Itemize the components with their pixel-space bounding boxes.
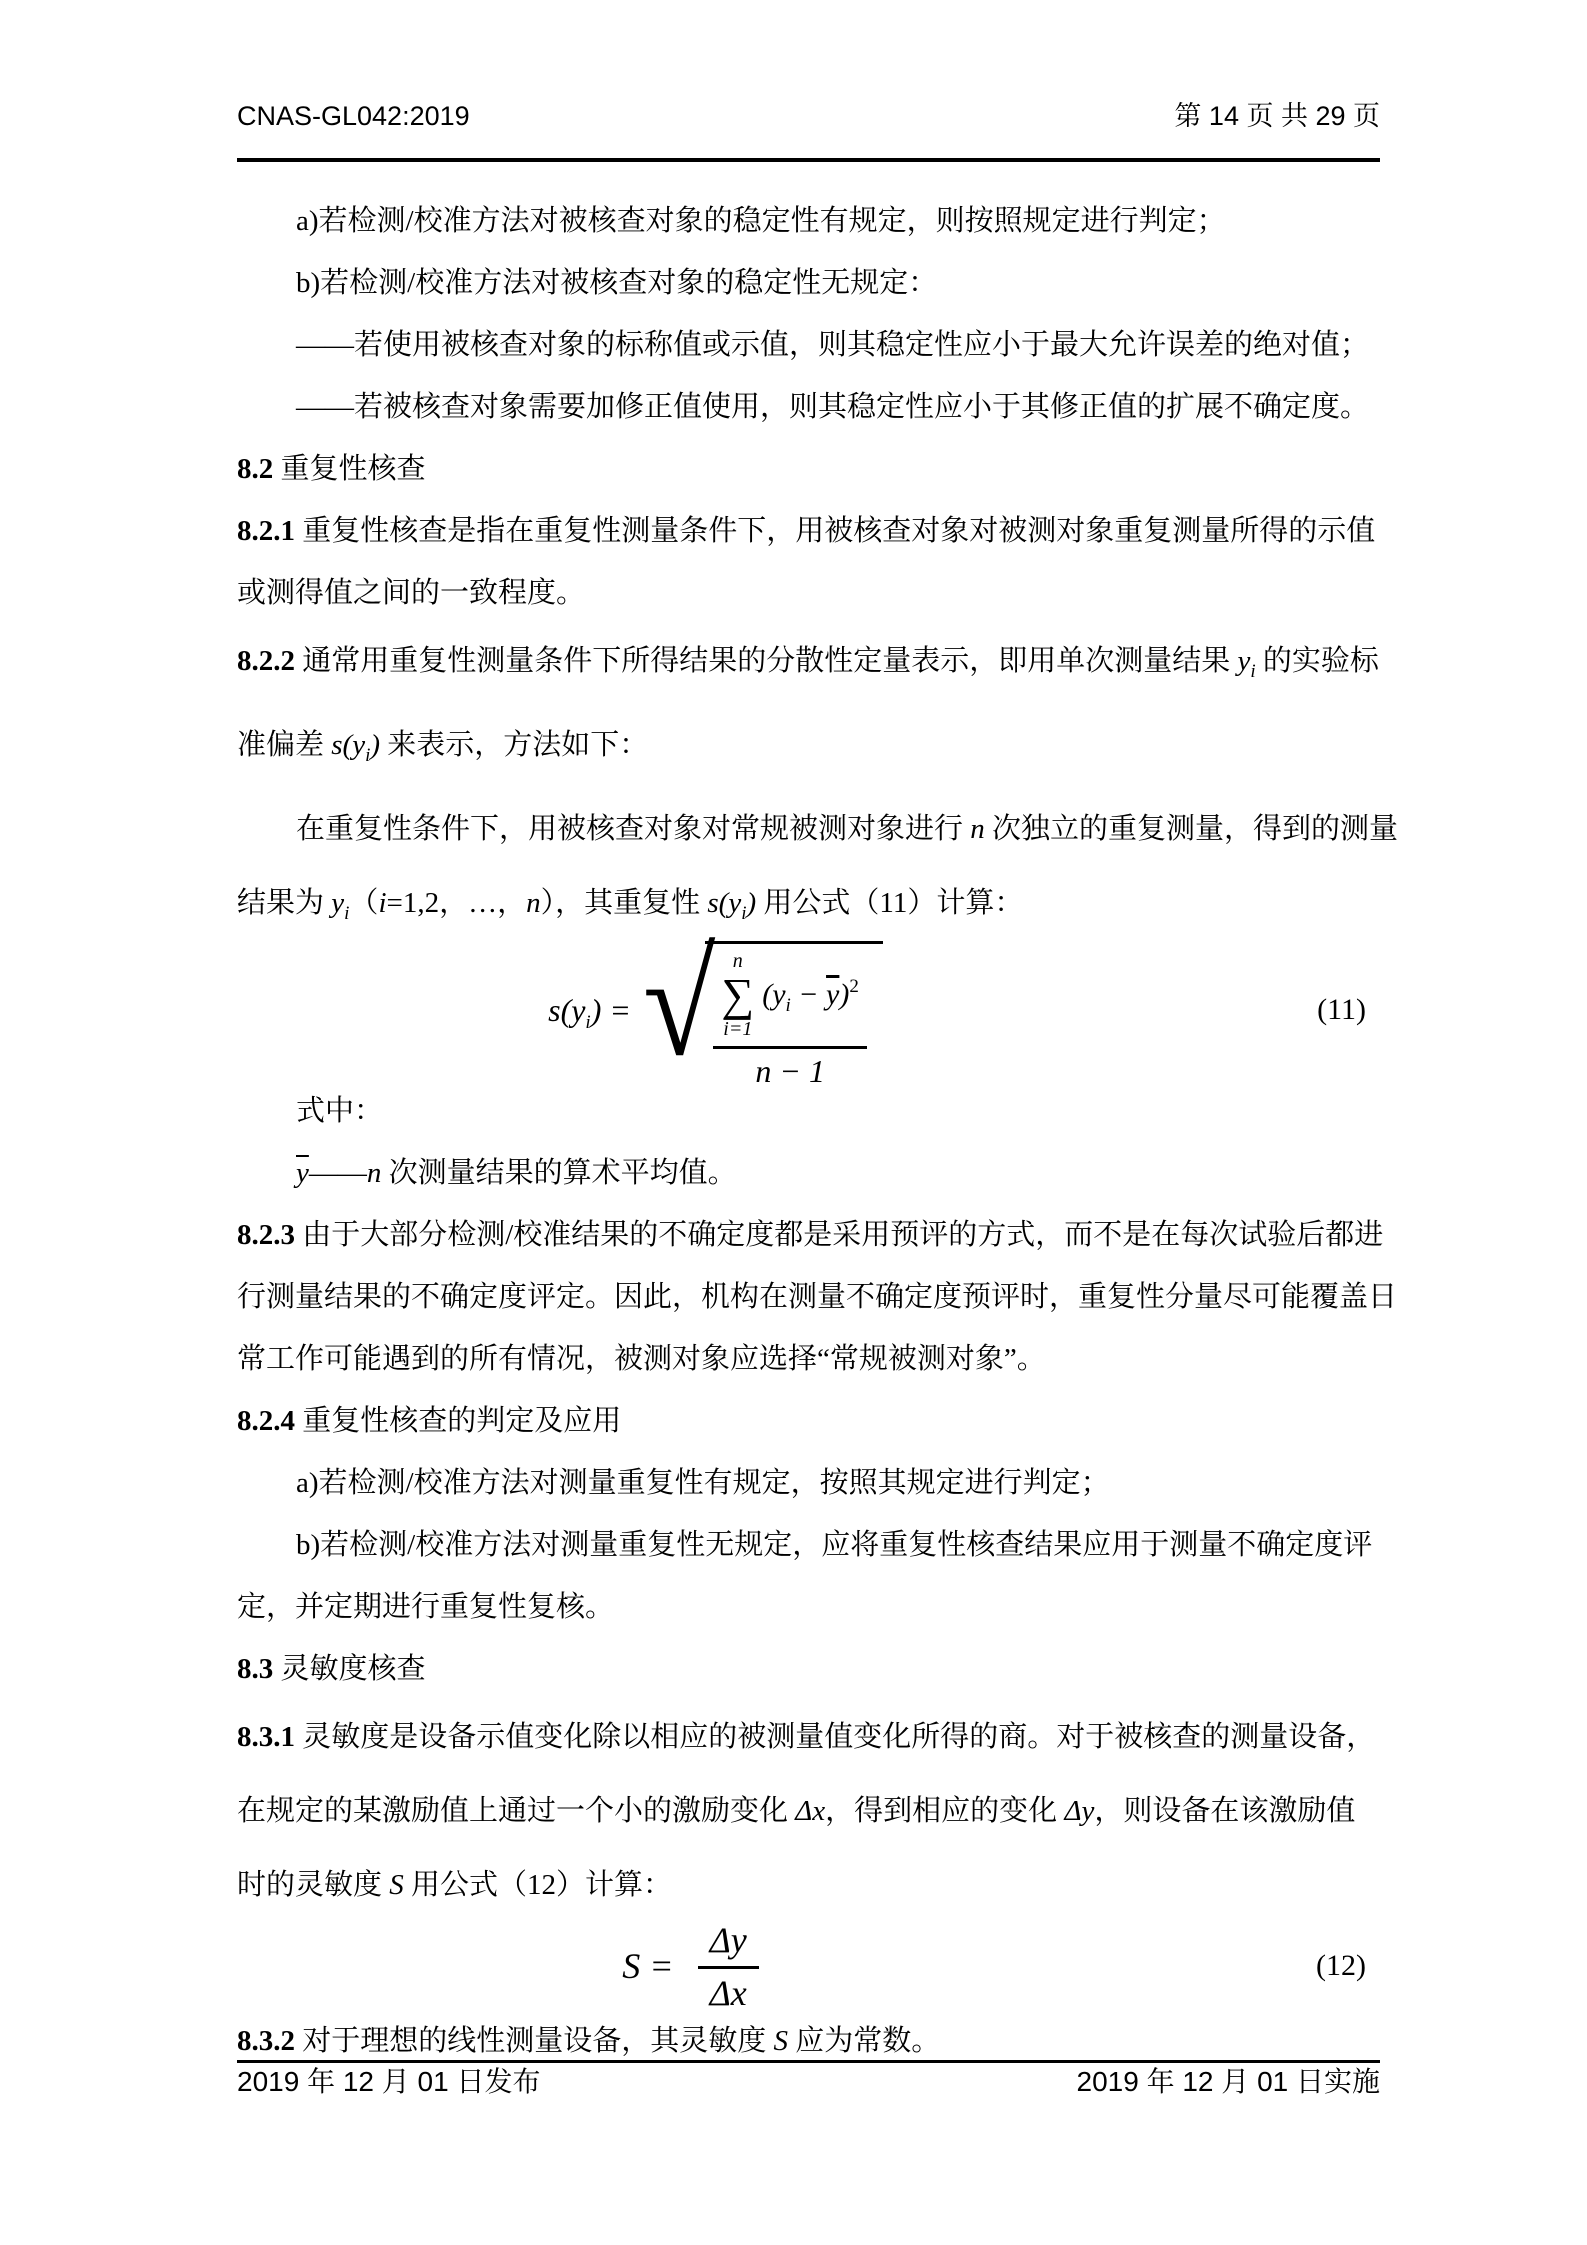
line-text: 来表示，方法如下： bbox=[380, 729, 648, 761]
clause-number: 8.2 bbox=[237, 453, 273, 485]
equation-11-label: (11) bbox=[1317, 993, 1366, 1027]
line-text: 由于大部分检测/校准结果的不确定度都是采用预评的方式，而不是在每次试验后都进 bbox=[295, 1219, 1383, 1251]
clause-number: 8.2.4 bbox=[237, 1405, 295, 1437]
heading-8-2-4: 8.2.4 重复性核查的判定及应用 bbox=[237, 1390, 1380, 1452]
line-text: ——若被核查对象需要加修正值使用，则其稳定性应小于其修正值的扩展不确定度。 bbox=[296, 391, 1369, 423]
line-text: 用公式（11）计算： bbox=[756, 887, 1023, 919]
math-minus: − bbox=[791, 978, 826, 1011]
line-text: 在规定的某激励值上通过一个小的激励变化 bbox=[237, 1795, 795, 1827]
line-text: ），其重复性 bbox=[541, 887, 708, 919]
equation-12: S = Δy Δx (12) bbox=[237, 1922, 1380, 2010]
clause-number: 8.2.3 bbox=[237, 1219, 295, 1251]
math-y: y bbox=[1238, 645, 1251, 677]
math-delta-y: Δy bbox=[1064, 1795, 1094, 1827]
line-text: a)若检测/校准方法对被核查对象的稳定性有规定，则按照规定进行判定； bbox=[296, 205, 1226, 237]
line-text: 或测得值之间的一致程度。 bbox=[237, 577, 585, 609]
clause-number: 8.2.2 bbox=[237, 645, 295, 677]
summation-lower-limit: i=1 bbox=[723, 1018, 752, 1040]
line-text: b)若检测/校准方法对测量重复性无规定，应将重复性核查结果应用于测量不确定度评 bbox=[296, 1529, 1372, 1561]
line-text: 次测量结果的算术平均值。 bbox=[381, 1157, 736, 1189]
list-item-b-stability: b)若检测/校准方法对被核查对象的稳定性无规定： bbox=[237, 252, 1380, 314]
line-text: 准偏差 bbox=[237, 729, 331, 761]
ybar-definition: y——n 次测量结果的算术平均值。 bbox=[237, 1142, 1380, 1204]
line-text: =1,2，…， bbox=[387, 887, 527, 919]
line-text: 通常用重复性测量条件下所得结果的分散性定量表示，即用单次测量结果 bbox=[295, 645, 1238, 677]
equation-12-math: S = Δy Δx bbox=[622, 1919, 758, 2014]
para-8-2-3-line-3: 常工作可能遇到的所有情况，被测对象应选择“常规被测对象”。 bbox=[237, 1328, 1380, 1390]
math-close-paren: ) bbox=[746, 887, 756, 919]
para-intro-line-1: 在重复性条件下，用被核查对象对常规被测对象进行 n 次独立的重复测量，得到的测量 bbox=[237, 792, 1380, 866]
summation: n ∑ i=1 bbox=[721, 950, 754, 1040]
para-8-2-1-line-1: 8.2.1 重复性核查是指在重复性测量条件下，用被核查对象对被测对象重复测量所得… bbox=[237, 500, 1380, 562]
equation-11-lhs: s(yi) = bbox=[548, 992, 631, 1029]
doc-code: CNAS-GL042:2019 bbox=[237, 96, 470, 136]
fraction-numerator: Δy bbox=[698, 1919, 759, 1969]
radical-sign: √ bbox=[643, 931, 715, 1079]
line-text: 行测量结果的不确定度评定。因此，机构在测量不确定度预评时，重复性分量尽可能覆盖日 bbox=[237, 1281, 1397, 1313]
math-y-bar: y bbox=[296, 1157, 309, 1189]
line-text: 应为常数。 bbox=[788, 2025, 940, 2057]
issue-date: 2019 年 12 月 01 日发布 bbox=[237, 2064, 540, 2100]
line-text: 次独立的重复测量，得到的测量 bbox=[985, 813, 1398, 845]
math-equals: ) = bbox=[591, 992, 631, 1028]
fraction: n ∑ i=1 (yi − y)2 n − 1 bbox=[713, 950, 866, 1090]
math-n: n bbox=[367, 1157, 382, 1189]
line-text: a)若检测/校准方法对测量重复性有规定，按照其规定进行判定； bbox=[296, 1467, 1110, 1499]
fraction-numerator: n ∑ i=1 (yi − y)2 bbox=[713, 950, 866, 1049]
clause-number: 8.3.1 bbox=[237, 1721, 295, 1753]
math-n: n bbox=[970, 813, 985, 845]
line-text: （ bbox=[349, 887, 378, 919]
page-footer: 2019 年 12 月 01 日发布 2019 年 12 月 01 日实施 bbox=[237, 2064, 1380, 2100]
math-s-of-y: s(y bbox=[707, 887, 741, 919]
list-item-b-repeatability-line-1: b)若检测/校准方法对测量重复性无规定，应将重复性核查结果应用于测量不确定度评 bbox=[237, 1514, 1380, 1576]
math-superscript-2: 2 bbox=[849, 976, 859, 997]
radicand: n ∑ i=1 (yi − y)2 n − 1 bbox=[705, 941, 882, 1090]
equation-12-label: (12) bbox=[1316, 1949, 1366, 1983]
equation-12-lhs: S = bbox=[622, 1945, 673, 1987]
footer-rule bbox=[237, 2060, 1380, 2063]
definition-dash: —— bbox=[309, 1157, 367, 1189]
clause-number: 8.3.2 bbox=[237, 2025, 295, 2057]
list-item-a-repeatability: a)若检测/校准方法对测量重复性有规定，按照其规定进行判定； bbox=[237, 1452, 1380, 1514]
math-n: n bbox=[526, 887, 541, 919]
heading-8-3: 8.3 灵敏度核查 bbox=[237, 1638, 1380, 1700]
clause-number: 8.3 bbox=[237, 1653, 273, 1685]
para-8-2-1-line-2: 或测得值之间的一致程度。 bbox=[237, 562, 1380, 624]
fraction: Δy Δx bbox=[698, 1919, 759, 2014]
square-root: √ n ∑ i=1 (yi − y)2 n − 1 bbox=[643, 931, 883, 1090]
math-open-y: (y bbox=[762, 978, 785, 1011]
line-text: 结果为 bbox=[237, 887, 331, 919]
line-text: 重复性核查是指在重复性测量条件下，用被核查对象对被测对象重复测量所得的示值 bbox=[295, 515, 1375, 547]
line-text: 用公式（12）计算： bbox=[404, 1869, 672, 1901]
clause-number: 8.2.1 bbox=[237, 515, 295, 547]
math-i: i bbox=[378, 887, 386, 919]
summand-expression: (yi − y)2 bbox=[762, 978, 859, 1012]
para-8-2-2-line-2: 准偏差 s(yi) 来表示，方法如下： bbox=[237, 708, 1380, 782]
fraction-denominator: n − 1 bbox=[755, 1049, 825, 1090]
implement-date: 2019 年 12 月 01 日实施 bbox=[1077, 2064, 1380, 2100]
math-close-paren: ) bbox=[370, 729, 380, 761]
heading-8-2: 8.2 重复性核查 bbox=[237, 438, 1380, 500]
para-8-3-1-line-1: 8.3.1 灵敏度是设备示值变化除以相应的被测量值变化所得的商。对于被核查的测量… bbox=[237, 1700, 1380, 1774]
para-8-2-3-line-1: 8.2.3 由于大部分检测/校准结果的不确定度都是采用预评的方式，而不是在每次试… bbox=[237, 1204, 1380, 1266]
header-rule bbox=[237, 158, 1380, 162]
fraction-denominator: Δx bbox=[710, 1969, 747, 2014]
clause-title: 灵敏度核查 bbox=[273, 1653, 425, 1685]
para-intro-line-2: 结果为 yi（i=1,2，…，n），其重复性 s(yi) 用公式（11）计算： bbox=[237, 866, 1380, 940]
line-text: 对于理想的线性测量设备，其灵敏度 bbox=[295, 2025, 774, 2057]
math-y-bar: y bbox=[826, 978, 839, 1011]
line-text: 式中： bbox=[296, 1095, 383, 1127]
para-8-3-1-line-2: 在规定的某激励值上通过一个小的激励变化 Δx，得到相应的变化 Δy，则设备在该激… bbox=[237, 1774, 1380, 1848]
math-y: y bbox=[331, 887, 344, 919]
math-s-of-y: s(y bbox=[331, 729, 365, 761]
line-text: ——若使用被核查对象的标称值或示值，则其稳定性应小于最大允许误差的绝对值； bbox=[296, 329, 1369, 361]
math-delta-x: Δx bbox=[795, 1795, 825, 1827]
line-text: 定，并定期进行重复性复核。 bbox=[237, 1591, 614, 1623]
line-text: 的实验标 bbox=[1256, 645, 1379, 677]
line-text: 常工作可能遇到的所有情况，被测对象应选择“常规被测对象”。 bbox=[237, 1343, 1046, 1375]
line-text: 在重复性条件下，用被核查对象对常规被测对象进行 bbox=[296, 813, 970, 845]
equation-11-math: s(yi) = √ n ∑ i=1 (yi − y)2 bbox=[548, 931, 883, 1090]
list-item-b-repeatability-line-2: 定，并定期进行重复性复核。 bbox=[237, 1576, 1380, 1638]
math-s-of-y: s(y bbox=[548, 992, 585, 1028]
line-text: b)若检测/校准方法对被核查对象的稳定性无规定： bbox=[296, 267, 937, 299]
line-text: ，得到相应的变化 bbox=[825, 1795, 1064, 1827]
equation-11: s(yi) = √ n ∑ i=1 (yi − y)2 bbox=[237, 940, 1380, 1080]
math-S: S bbox=[389, 1869, 404, 1901]
para-8-3-1-line-3: 时的灵敏度 S 用公式（12）计算： bbox=[237, 1848, 1380, 1922]
line-text: 时的灵敏度 bbox=[237, 1869, 389, 1901]
document-body: a)若检测/校准方法对被核查对象的稳定性有规定，则按照规定进行判定； b)若检测… bbox=[237, 190, 1380, 2072]
page-header: CNAS-GL042:2019 第 14 页 共 29 页 bbox=[237, 96, 1380, 136]
math-close-paren: ) bbox=[839, 978, 849, 1011]
page-number: 第 14 页 共 29 页 bbox=[1174, 96, 1380, 136]
clause-title: 重复性核查 bbox=[273, 453, 425, 485]
list-item-a-stability: a)若检测/校准方法对被核查对象的稳定性有规定，则按照规定进行判定； bbox=[237, 190, 1380, 252]
para-8-2-2-line-1: 8.2.2 通常用重复性测量条件下所得结果的分散性定量表示，即用单次测量结果 y… bbox=[237, 624, 1380, 698]
sigma-icon: ∑ bbox=[721, 972, 754, 1018]
clause-title: 重复性核查的判定及应用 bbox=[295, 1405, 621, 1437]
document-page: CNAS-GL042:2019 第 14 页 共 29 页 a)若检测/校准方法… bbox=[0, 0, 1587, 2245]
math-S: S bbox=[774, 2025, 789, 2057]
para-8-2-3-line-2: 行测量结果的不确定度评定。因此，机构在测量不确定度预评时，重复性分量尽可能覆盖日 bbox=[237, 1266, 1380, 1328]
dash-item-nominal-value: ——若使用被核查对象的标称值或示值，则其稳定性应小于最大允许误差的绝对值； bbox=[237, 314, 1380, 376]
line-text: 灵敏度是设备示值变化除以相应的被测量值变化所得的商。对于被核查的测量设备， bbox=[295, 1721, 1375, 1753]
dash-item-correction-value: ——若被核查对象需要加修正值使用，则其稳定性应小于其修正值的扩展不确定度。 bbox=[237, 376, 1380, 438]
line-text: ，则设备在该激励值 bbox=[1094, 1795, 1355, 1827]
